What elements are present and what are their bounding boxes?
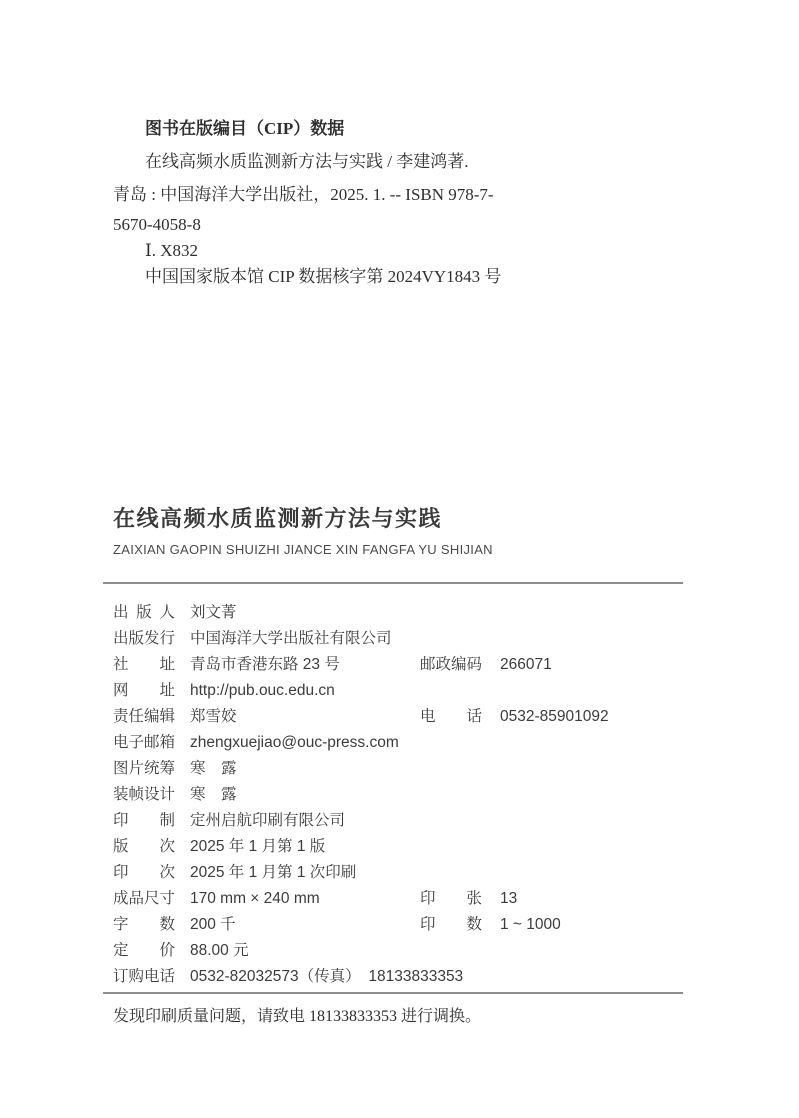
row-value: 寒 露: [190, 786, 237, 803]
table-row: 责任编辑郑雪姣电话0532-85901092: [113, 704, 713, 730]
table-row: 定价88.00 元: [113, 938, 713, 964]
cip-line: 中国国家版本馆 CIP 数据核字第 2024VY1843 号: [113, 264, 713, 290]
row-label-2: 印数: [420, 912, 482, 938]
cip-line: 在线高频水质监测新方法与实践 / 李建鸿著.: [113, 145, 713, 178]
row-value: zhengxuejiao@ouc-press.com: [190, 734, 399, 751]
divider-top: [103, 582, 683, 584]
table-row: 社址青岛市香港东路 23 号邮政编码266071: [113, 652, 713, 678]
row-label: 订购电话: [113, 964, 175, 990]
row-label-2: 电话: [420, 704, 482, 730]
cip-header: 图书在版编目（CIP）数据: [113, 112, 713, 145]
row-label: 印次: [113, 860, 175, 886]
row-label: 印制: [113, 808, 175, 834]
row-value: 2025 年 1 月第 1 次印刷: [190, 864, 356, 881]
book-title-pinyin: ZAIXIAN GAOPIN SHUIZHI JIANCE XIN FANGFA…: [113, 542, 713, 558]
row-label: 电子邮箱: [113, 730, 175, 756]
table-row: 印制定州启航印刷有限公司: [113, 808, 713, 834]
publication-info-table: 出版人刘文菁出版发行中国海洋大学出版社有限公司社址青岛市香港东路 23 号邮政编…: [113, 600, 713, 990]
row-value-2: 0532-85901092: [500, 704, 609, 730]
row-label: 字数: [113, 912, 175, 938]
row-value-2: 13: [500, 886, 517, 912]
divider-bottom: [103, 992, 683, 994]
table-row: 印次2025 年 1 月第 1 次印刷: [113, 860, 713, 886]
table-row: 出版发行中国海洋大学出版社有限公司: [113, 626, 713, 652]
row-value: http://pub.ouc.edu.cn: [190, 682, 335, 699]
cip-line: Ⅰ. X832: [113, 238, 713, 264]
title-block: 在线高频水质监测新方法与实践 ZAIXIAN GAOPIN SHUIZHI JI…: [113, 506, 713, 558]
row-label: 版次: [113, 834, 175, 860]
row-value: 200 千: [190, 916, 236, 933]
row-label-2: 印张: [420, 886, 482, 912]
table-row: 出版人刘文菁: [113, 600, 713, 626]
table-row: 电子邮箱zhengxuejiao@ouc-press.com: [113, 730, 713, 756]
row-value: 2025 年 1 月第 1 版: [190, 838, 325, 855]
row-label: 责任编辑: [113, 704, 175, 730]
table-row: 版次2025 年 1 月第 1 版: [113, 834, 713, 860]
row-value: 0532-82032573（传真） 18133833353: [190, 968, 463, 985]
row-value: 中国海洋大学出版社有限公司: [190, 630, 392, 647]
row-value: 郑雪姣: [190, 708, 237, 725]
row-label: 出版发行: [113, 626, 175, 652]
book-title: 在线高频水质监测新方法与实践: [113, 506, 713, 532]
row-label: 社址: [113, 652, 175, 678]
row-value: 定州启航印刷有限公司: [190, 812, 345, 829]
table-row: 网址http://pub.ouc.edu.cn: [113, 678, 713, 704]
cip-line: 青岛 : 中国海洋大学出版社，2025. 1. -- ISBN 978-7-: [113, 178, 713, 211]
table-row: 字数200 千印数1 ~ 1000: [113, 912, 713, 938]
row-label: 定价: [113, 938, 175, 964]
cip-line: 5670-4058-8: [113, 211, 713, 238]
row-value: 88.00 元: [190, 942, 249, 959]
row-value: 刘文菁: [190, 604, 237, 621]
row-label: 出版人: [113, 600, 175, 626]
row-label-2: 邮政编码: [420, 652, 482, 678]
table-row: 图片统筹寒 露: [113, 756, 713, 782]
row-label: 成品尺寸: [113, 886, 175, 912]
row-value: 青岛市香港东路 23 号: [190, 656, 340, 673]
cip-block: 图书在版编目（CIP）数据 在线高频水质监测新方法与实践 / 李建鸿著. 青岛 …: [113, 112, 713, 290]
table-row: 成品尺寸170 mm × 240 mm印张13: [113, 886, 713, 912]
table-row: 订购电话0532-82032573（传真） 18133833353: [113, 964, 713, 990]
row-value-2: 266071: [500, 652, 552, 678]
row-label: 装帧设计: [113, 782, 175, 808]
row-label: 图片统筹: [113, 756, 175, 782]
row-label: 网址: [113, 678, 175, 704]
row-value: 170 mm × 240 mm: [190, 890, 320, 907]
row-value-2: 1 ~ 1000: [500, 912, 561, 938]
table-row: 装帧设计寒 露: [113, 782, 713, 808]
row-value: 寒 露: [190, 760, 237, 777]
print-quality-note: 发现印刷质量问题，请致电 18133833353 进行调换。: [113, 1004, 733, 1030]
